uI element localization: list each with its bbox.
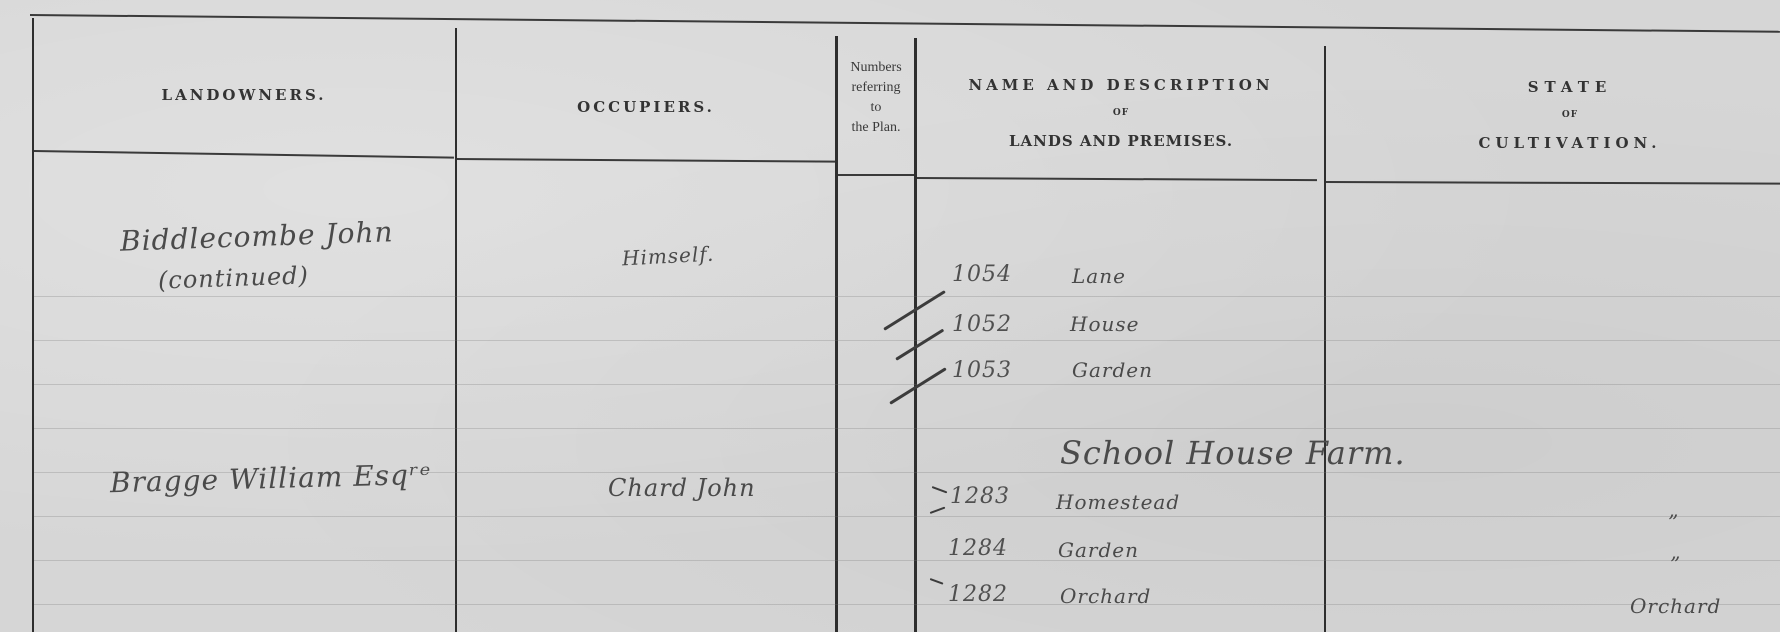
plan-number: 1052 (952, 312, 1012, 337)
bracket-mark (889, 367, 947, 405)
land-description: Orchard (1060, 584, 1151, 608)
header-bottom-border-left (34, 150, 454, 159)
header-numbers-line: the Plan. (838, 118, 914, 138)
table-top-border (30, 14, 1780, 33)
header-description-line: LANDS AND PREMISES. (918, 132, 1324, 150)
header-description: NAME AND DESCRIPTION OF LANDS AND PREMIS… (918, 76, 1324, 150)
column-divider-landowners (455, 28, 457, 632)
column-divider-description (1324, 46, 1326, 632)
bracket-mark (895, 329, 944, 361)
document-page: LANDOWNERS. OCCUPIERS. Numbers referring… (0, 0, 1780, 632)
header-bottom-border-num (837, 174, 915, 176)
header-occupiers: OCCUPIERS. (458, 98, 834, 116)
plan-number: 1053 (952, 358, 1012, 383)
ruled-line (34, 604, 1780, 605)
land-description: House (1070, 312, 1139, 336)
header-bottom-border-desc (917, 177, 1317, 181)
header-description-of: OF (918, 108, 1324, 118)
ruled-line (34, 560, 1780, 561)
column-divider-left-edge (32, 18, 34, 632)
cultivation-state: Orchard (1630, 594, 1721, 618)
land-description: Garden (1058, 538, 1139, 562)
landowner-name: Biddlecombe John (120, 215, 395, 258)
plan-number: 1282 (948, 582, 1008, 607)
ruled-line (34, 340, 1780, 341)
land-description: Lane (1072, 264, 1126, 288)
land-description: Homestead (1056, 490, 1180, 514)
plan-number: 1284 (948, 536, 1008, 561)
ruled-line (34, 296, 1780, 297)
header-cultivation-line: STATE (1360, 78, 1780, 96)
bracket-mark (932, 486, 948, 493)
plan-number: 1283 (950, 484, 1010, 509)
bracket-mark (930, 507, 946, 514)
header-cultivation-of: OF (1360, 110, 1780, 120)
landowner-note: (continued) (158, 261, 310, 294)
occupier-name: Himself. (621, 242, 714, 271)
header-numbers-line: referring (838, 78, 914, 98)
occupier-name: Chard John (608, 474, 756, 502)
bracket-mark (930, 578, 944, 585)
header-bottom-border-right (1326, 181, 1780, 185)
ruled-line (34, 516, 1780, 517)
holding-name: School House Farm. (1060, 434, 1406, 472)
column-divider-numbers (914, 38, 917, 632)
header-description-line: NAME AND DESCRIPTION (918, 76, 1324, 94)
header-numbers: Numbers referring to the Plan. (838, 58, 914, 138)
landowner-name: Bragge William Esqʳᵉ (110, 458, 432, 499)
header-cultivation-line: CULTIVATION. (1360, 134, 1780, 152)
land-description: Garden (1072, 358, 1153, 382)
ruled-line (34, 428, 1780, 429)
header-numbers-line: to (838, 98, 914, 118)
plan-number: 1054 (952, 262, 1012, 287)
header-numbers-line: Numbers (838, 58, 914, 78)
cultivation-ditto: ” (1670, 552, 1681, 576)
cultivation-ditto: ” (1668, 510, 1679, 534)
ruled-line (34, 384, 1780, 385)
header-landowners: LANDOWNERS. (34, 86, 454, 104)
header-cultivation: STATE OF CULTIVATION. (1360, 78, 1780, 152)
header-bottom-border-mid (456, 158, 836, 163)
